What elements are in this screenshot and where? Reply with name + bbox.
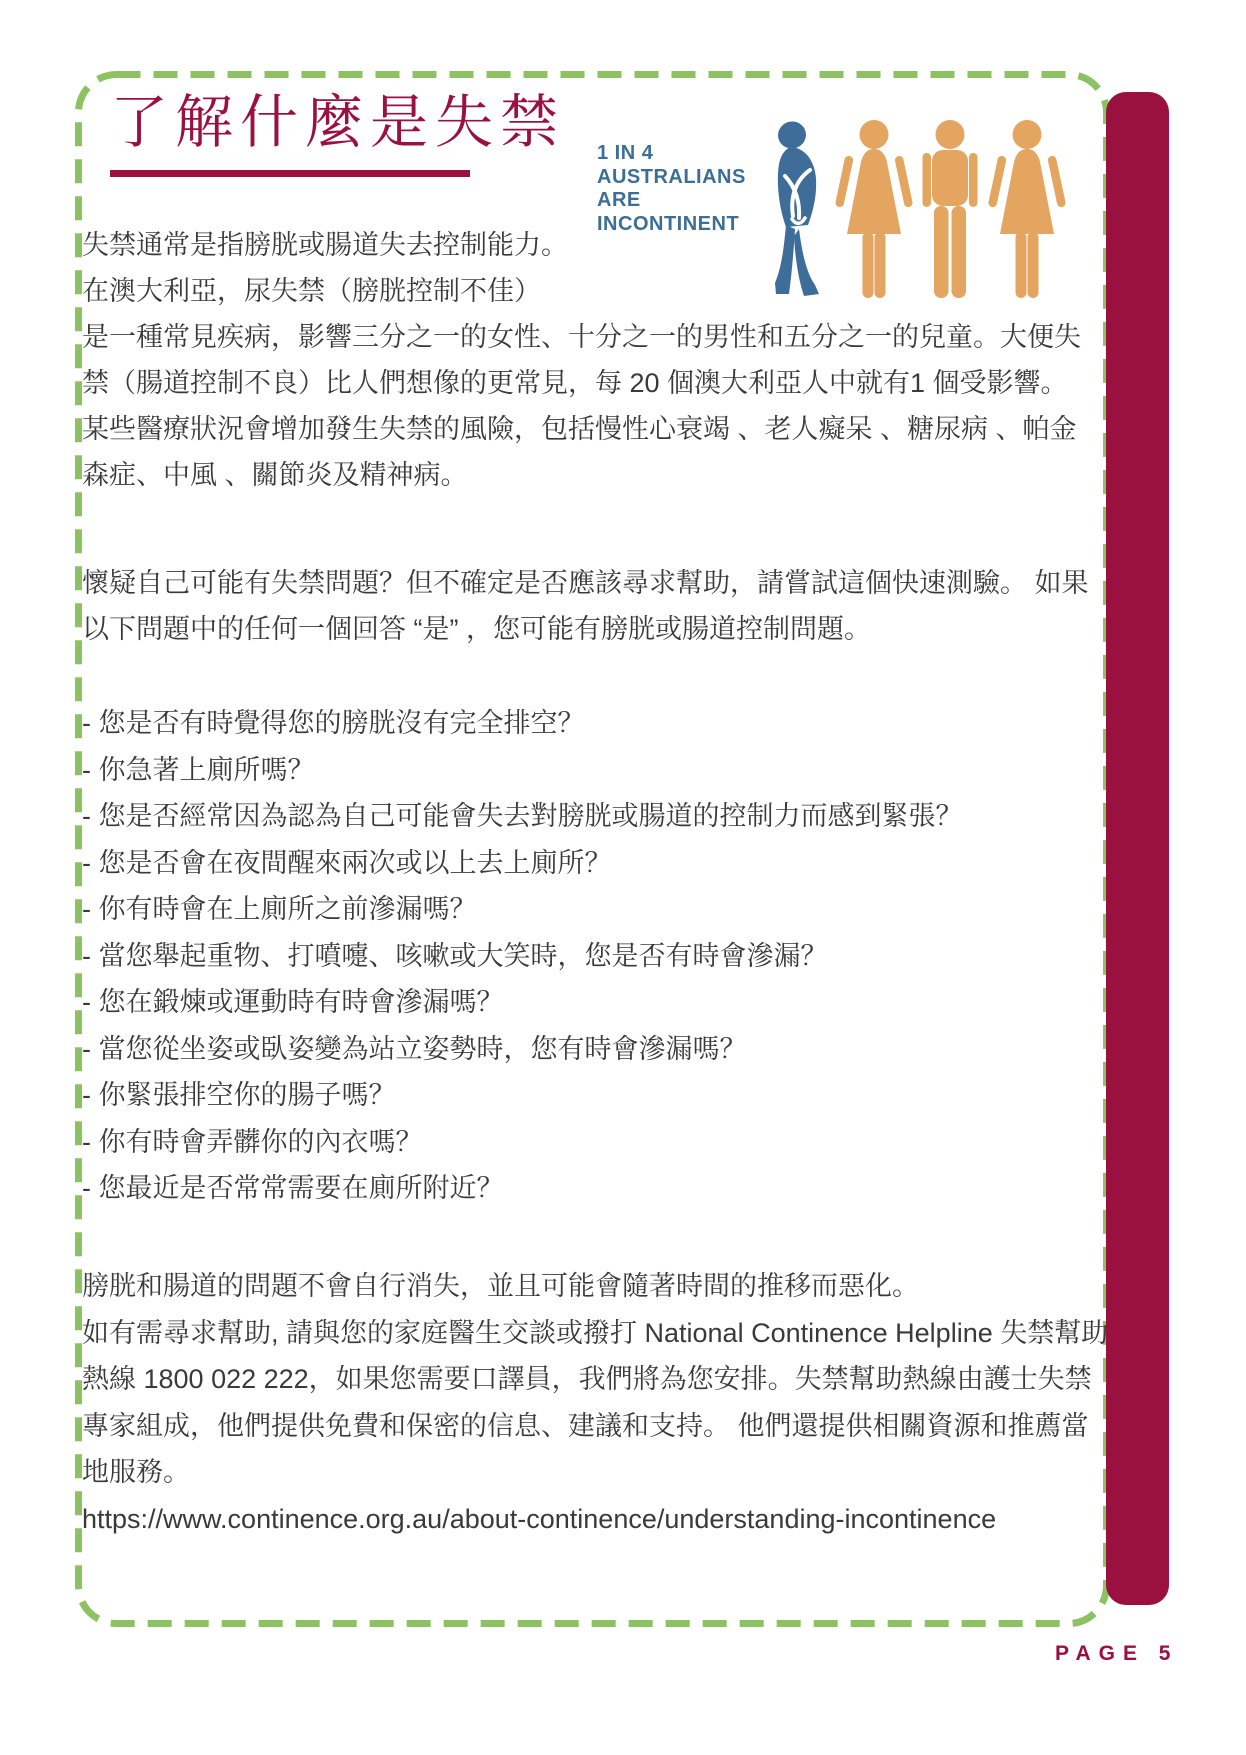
quiz-intro-line: 懷疑自己可能有失禁問題？但不確定是否應該尋求幫助，請嘗試這個快速測驗。 如果 bbox=[82, 560, 1089, 606]
question-item: - 您最近是否常常需要在廁所附近？ bbox=[82, 1165, 963, 1212]
page-number: PAGE 5 bbox=[1055, 1642, 1178, 1666]
question-item: - 你有時會弄髒你的內衣嗎？ bbox=[82, 1119, 963, 1166]
document-page: 了解什麼是失禁 1 IN 4 AUSTRALIANS ARE INCONTINE… bbox=[0, 0, 1246, 1755]
quiz-intro-paragraph: 懷疑自己可能有失禁問題？但不確定是否應該尋求幫助，請嘗試這個快速測驗。 如果 以… bbox=[82, 560, 1089, 652]
question-item: - 您是否經常因為認為自己可能會失去對膀胱或腸道的控制力而感到緊張？ bbox=[82, 793, 963, 840]
page-title: 了解什麼是失禁 bbox=[110, 94, 565, 152]
caption-line: 1 IN 4 bbox=[597, 142, 746, 166]
source-url[interactable]: https://www.continence.org.au/about-cont… bbox=[82, 1496, 1108, 1543]
closing-paragraph: 膀胱和腸道的問題不會自行消失，並且可能會隨著時間的推移而惡化。 如有需尋求幫助,… bbox=[82, 1263, 1108, 1542]
question-item: - 當您舉起重物、打噴嚏、咳嗽或大笑時，您是否有時會滲漏？ bbox=[82, 933, 963, 980]
title-underline bbox=[110, 170, 470, 177]
intro-line: 是一種常見疾病，影響三分之一的女性、十分之一的男性和五分之一的兒童。大便失 bbox=[82, 314, 1081, 360]
outro-line: 如有需尋求幫助, 請與您的家庭醫生交談或撥打 National Continen… bbox=[82, 1310, 1108, 1357]
question-item: - 你有時會在上廁所之前滲漏嗎？ bbox=[82, 886, 963, 933]
intro-paragraph: 失禁通常是指膀胱或腸道失去控制能力。 在澳大利亞，尿失禁（膀胱控制不佳） 是一種… bbox=[82, 222, 1081, 498]
outro-line: 熱線 1800 022 222，如果您需要口譯員，我們將為您安排。失禁幫助熱線由… bbox=[82, 1356, 1108, 1403]
caption-line: AUSTRALIANS bbox=[597, 166, 746, 190]
quiz-intro-line: 以下問題中的任何一個回答 “是” ，您可能有膀胱或腸道控制問題。 bbox=[82, 606, 1089, 652]
right-accent-bar bbox=[1106, 92, 1169, 1605]
question-item: - 你緊張排空你的腸子嗎？ bbox=[82, 1072, 963, 1119]
question-item: - 你急著上廁所嗎？ bbox=[82, 747, 963, 794]
outro-line: 專家組成，他們提供免費和保密的信息、建議和支持。 他們還提供相關資源和推薦當 bbox=[82, 1403, 1108, 1450]
caption-line: ARE bbox=[597, 189, 746, 213]
question-item: - 您是否有時覺得您的膀胱沒有完全排空？ bbox=[82, 700, 963, 747]
intro-line: 失禁通常是指膀胱或腸道失去控制能力。 bbox=[82, 222, 1081, 268]
outro-line: 膀胱和腸道的問題不會自行消失，並且可能會隨著時間的推移而惡化。 bbox=[82, 1263, 1108, 1310]
question-item: - 當您從坐姿或臥姿變為站立姿勢時，您有時會滲漏嗎？ bbox=[82, 1026, 963, 1073]
intro-line: 森症、中風 、關節炎及精神病。 bbox=[82, 452, 1081, 498]
question-list: - 您是否有時覺得您的膀胱沒有完全排空？ - 你急著上廁所嗎？ - 您是否經常因… bbox=[82, 700, 963, 1212]
outro-line: 地服務。 bbox=[82, 1449, 1108, 1496]
intro-line: 某些醫療狀況會增加發生失禁的風險，包括慢性心衰竭 、老人癡呆 、糖尿病 、帕金 bbox=[82, 406, 1081, 452]
intro-line: 在澳大利亞，尿失禁（膀胱控制不佳） bbox=[82, 268, 1081, 314]
intro-line: 禁（腸道控制不良）比人們想像的更常見，每 20 個澳大利亞人中就有1 個受影響。 bbox=[82, 360, 1081, 406]
question-item: - 您在鍛煉或運動時有時會滲漏嗎？ bbox=[82, 979, 963, 1026]
question-item: - 您是否會在夜間醒來兩次或以上去上廁所？ bbox=[82, 840, 963, 887]
